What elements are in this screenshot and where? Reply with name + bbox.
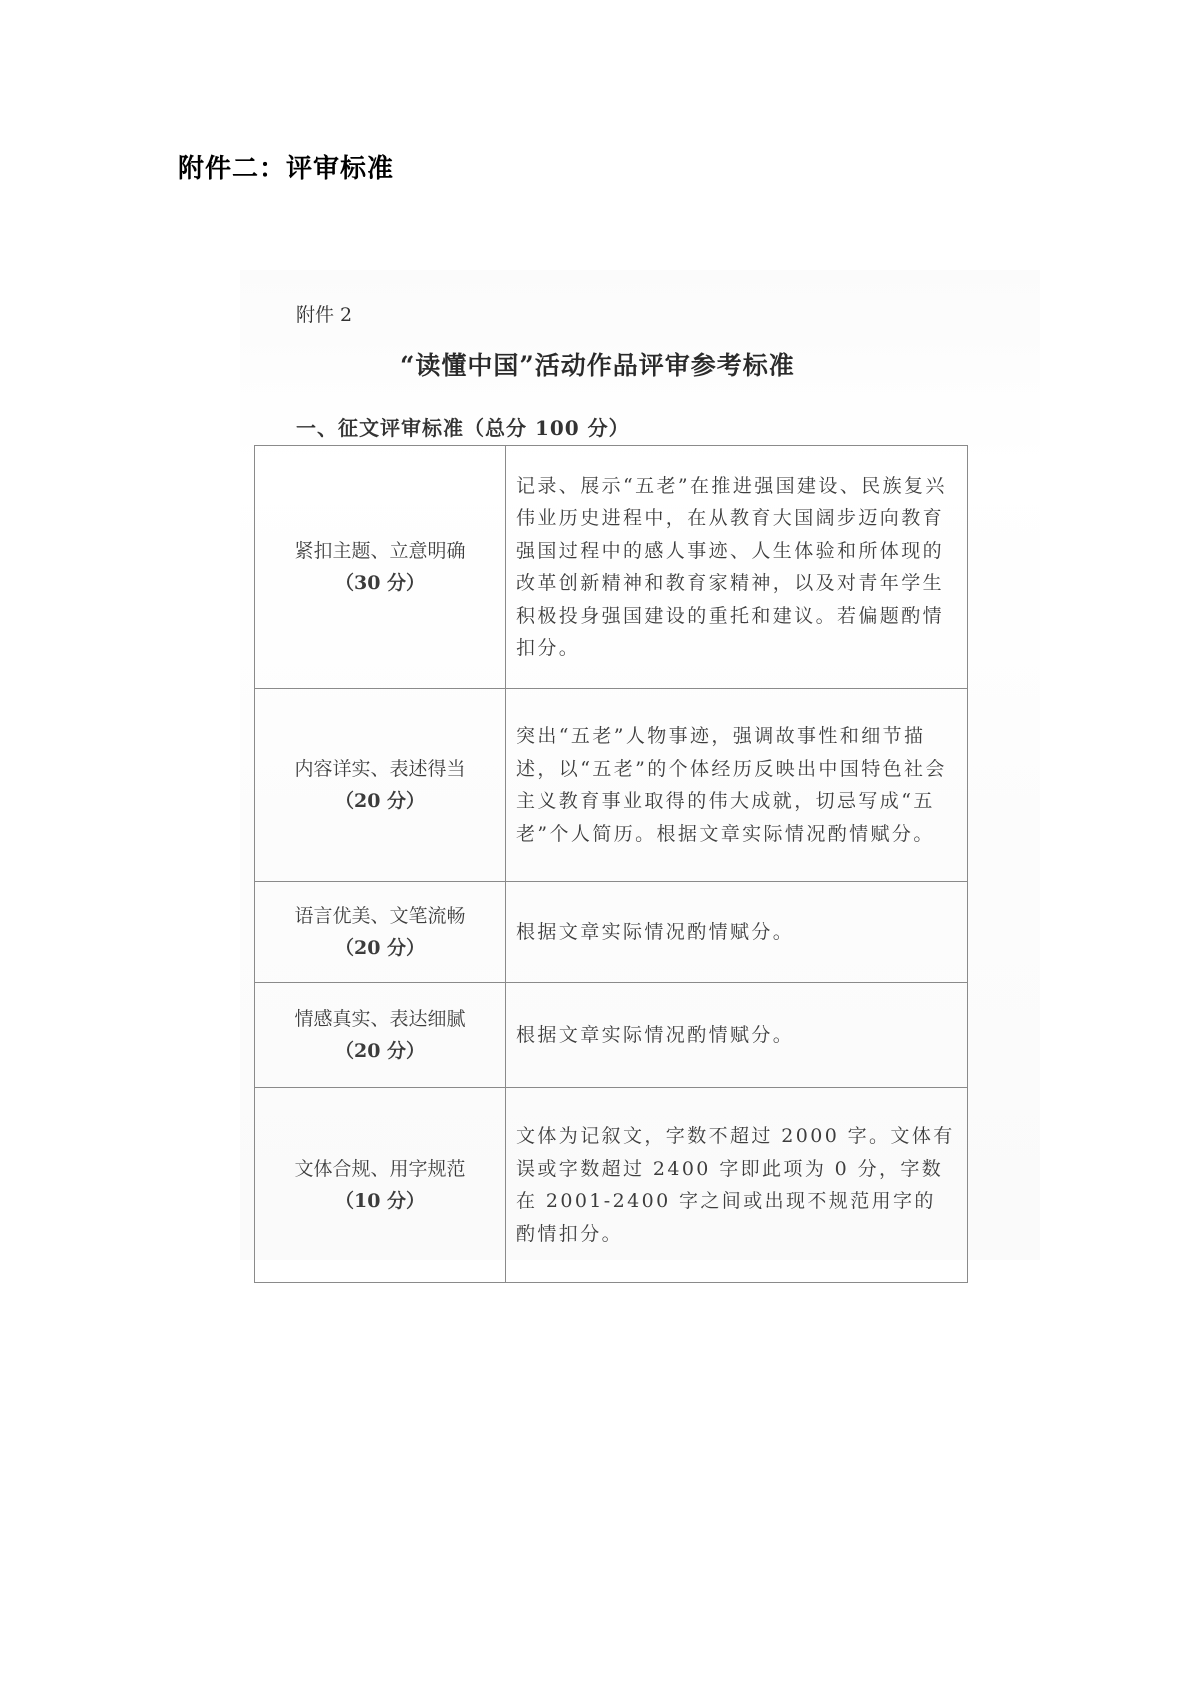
criterion-points: （20 分） <box>261 1035 499 1067</box>
section-title: 一、征文评审标准（总分 100 分） <box>296 412 630 441</box>
table-row: 紧扣主题、立意明确 （30 分） 记录、展示“五老”在推进强国建设、民族复兴伟业… <box>255 446 968 689</box>
table-row: 语言优美、文笔流畅 （20 分） 根据文章实际情况酌情赋分。 <box>255 882 968 983</box>
criterion-points: （20 分） <box>261 932 499 964</box>
criterion-description: 突出“五老”人物事迹，强调故事性和细节描述，以“五老”的个体经历反映出中国特色社… <box>506 689 968 882</box>
criterion-name-cell: 紧扣主题、立意明确 （30 分） <box>255 446 506 689</box>
table-row: 情感真实、表达细腻 （20 分） 根据文章实际情况酌情赋分。 <box>255 983 968 1088</box>
criterion-name-cell: 语言优美、文笔流畅 （20 分） <box>255 882 506 983</box>
criterion-description: 根据文章实际情况酌情赋分。 <box>506 882 968 983</box>
criterion-points: （30 分） <box>261 567 499 599</box>
criterion-points: （20 分） <box>261 785 499 817</box>
criterion-name-cell: 文体合规、用字规范 （10 分） <box>255 1088 506 1283</box>
criterion-name: 紧扣主题、立意明确 <box>294 540 465 562</box>
criterion-description: 记录、展示“五老”在推进强国建设、民族复兴伟业历史进程中，在从教育大国阔步迈向教… <box>506 446 968 689</box>
criterion-name-cell: 内容详实、表述得当 （20 分） <box>255 689 506 882</box>
document-title: “读懂中国”活动作品评审参考标准 <box>400 346 795 382</box>
page-heading: 附件二：评审标准 <box>178 148 394 185</box>
criterion-name: 语言优美、文笔流畅 <box>294 905 465 927</box>
criterion-name: 情感真实、表达细腻 <box>294 1008 465 1030</box>
criterion-name: 文体合规、用字规范 <box>294 1158 465 1180</box>
criterion-description: 根据文章实际情况酌情赋分。 <box>506 983 968 1088</box>
table-row: 文体合规、用字规范 （10 分） 文体为记叙文，字数不超过 2000 字。文体有… <box>255 1088 968 1283</box>
criterion-description: 文体为记叙文，字数不超过 2000 字。文体有误或字数超过 2400 字即此项为… <box>506 1088 968 1283</box>
scanned-attachment: 附件 2 “读懂中国”活动作品评审参考标准 一、征文评审标准（总分 100 分）… <box>240 270 1040 1260</box>
criteria-table: 紧扣主题、立意明确 （30 分） 记录、展示“五老”在推进强国建设、民族复兴伟业… <box>254 445 968 1283</box>
criterion-points: （10 分） <box>261 1185 499 1217</box>
table-row: 内容详实、表述得当 （20 分） 突出“五老”人物事迹，强调故事性和细节描述，以… <box>255 689 968 882</box>
attachment-label: 附件 2 <box>296 300 352 327</box>
criterion-name-cell: 情感真实、表达细腻 （20 分） <box>255 983 506 1088</box>
criterion-name: 内容详实、表述得当 <box>294 758 465 780</box>
